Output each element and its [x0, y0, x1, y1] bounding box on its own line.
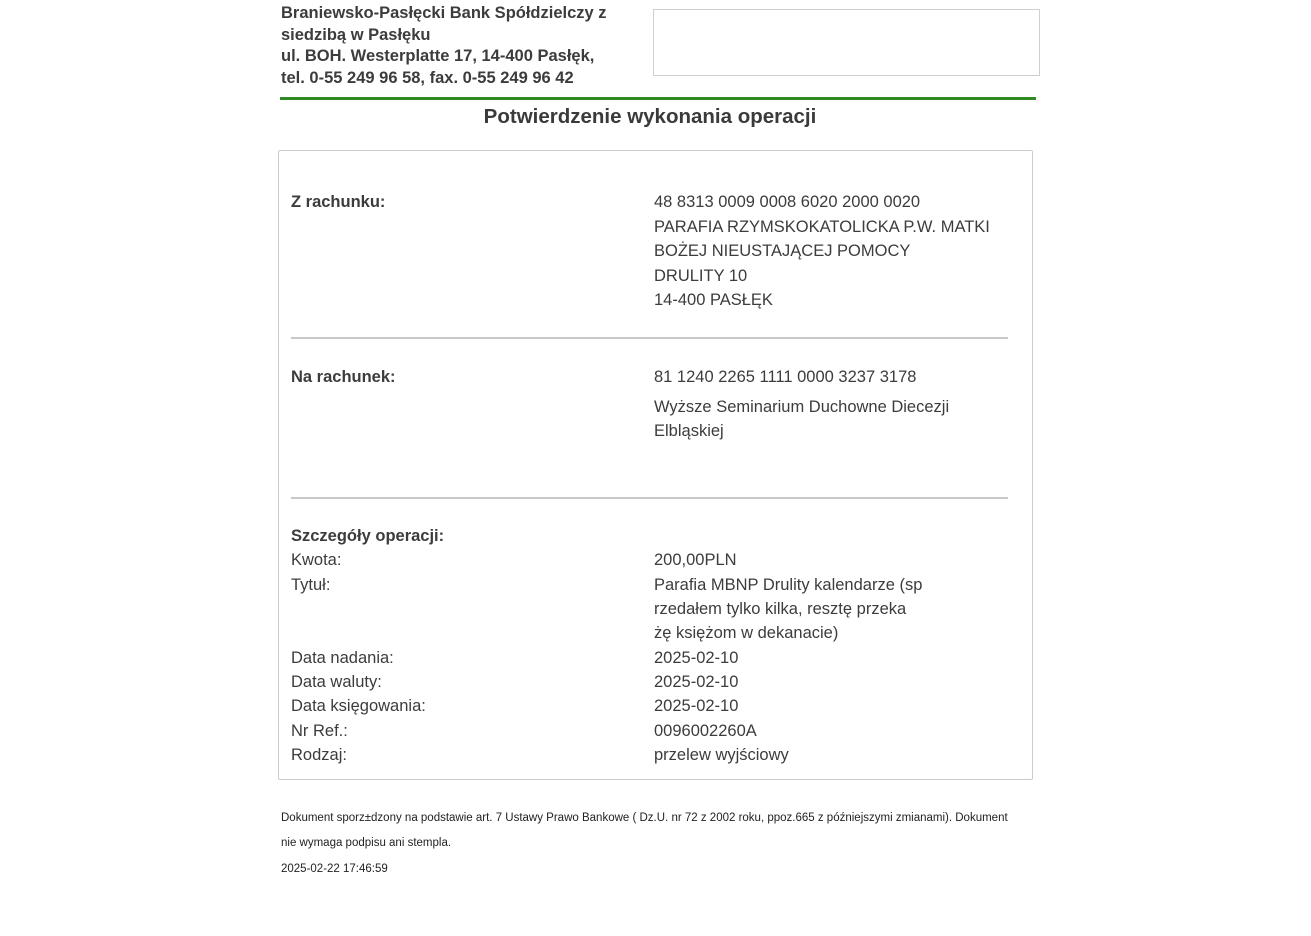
page-title: Potwierdzenie wykonania operacji: [280, 104, 1020, 130]
from-account-name-line: BOŻEJ NIEUSTAJĄCEJ POMOCY: [654, 239, 910, 263]
from-account-label: Z rachunku:: [291, 190, 385, 214]
section-divider: [291, 497, 1008, 499]
booking-date-label: Data księgowania:: [291, 694, 426, 718]
value-date-value: 2025-02-10: [654, 670, 738, 694]
date-sent-label: Data nadania:: [291, 646, 394, 670]
bank-address: ul. BOH. Westerplatte 17, 14-400 Pasłęk,: [281, 46, 641, 68]
logo-placeholder: [653, 9, 1040, 76]
bank-name-line-1: Braniewsko-Pasłęcki Bank Spółdzielczy z: [281, 3, 641, 25]
from-account-name-line: PARAFIA RZYMSKOKATOLICKA P.W. MATKI: [654, 215, 990, 239]
value-date-label: Data waluty:: [291, 670, 382, 694]
title-value-line: żę księżom w dekanacie): [654, 621, 838, 645]
ref-no-label: Nr Ref.:: [291, 719, 348, 743]
bank-phone-fax: tel. 0-55 249 96 58, fax. 0-55 249 96 42: [281, 68, 641, 90]
from-account-address-line: 14-400 PASŁĘK: [654, 288, 773, 312]
ref-no-value: 0096002260A: [654, 719, 757, 743]
booking-date-value: 2025-02-10: [654, 694, 738, 718]
details-heading: Szczegóły operacji:: [291, 524, 444, 548]
legal-note-line-2: nie wymaga podpisu ani stempla.: [281, 837, 451, 849]
to-account-name-line: Wyższe Seminarium Duchowne Diecezji: [654, 395, 949, 419]
date-sent-value: 2025-02-10: [654, 646, 738, 670]
type-value: przelew wyjściowy: [654, 743, 789, 767]
amount-label: Kwota:: [291, 548, 341, 572]
generated-timestamp: 2025-02-22 17:46:59: [281, 863, 388, 875]
type-label: Rodzaj:: [291, 743, 347, 767]
to-account-label: Na rachunek:: [291, 365, 396, 389]
title-value-line: Parafia MBNP Drulity kalendarze (sp: [654, 573, 922, 597]
amount-value: 200,00PLN: [654, 548, 737, 572]
to-account-name-line: Elbląskiej: [654, 419, 724, 443]
from-account-address-line: DRULITY 10: [654, 264, 747, 288]
section-divider: [291, 337, 1008, 339]
legal-note-line-1: Dokument sporz±dzony na podstawie art. 7…: [281, 812, 1008, 824]
to-account-number: 81 1240 2265 1111 0000 3237 3178: [654, 365, 916, 389]
bank-name-line-2: siedzibą w Pasłęku: [281, 25, 641, 47]
header-divider: [280, 97, 1036, 100]
title-value-line: rzedałem tylko kilka, resztę przeka: [654, 597, 906, 621]
from-account-number: 48 8313 0009 0008 6020 2000 0020: [654, 190, 920, 214]
title-label: Tytuł:: [291, 573, 330, 597]
bank-info: Braniewsko-Pasłęcki Bank Spółdzielczy z …: [281, 3, 641, 89]
